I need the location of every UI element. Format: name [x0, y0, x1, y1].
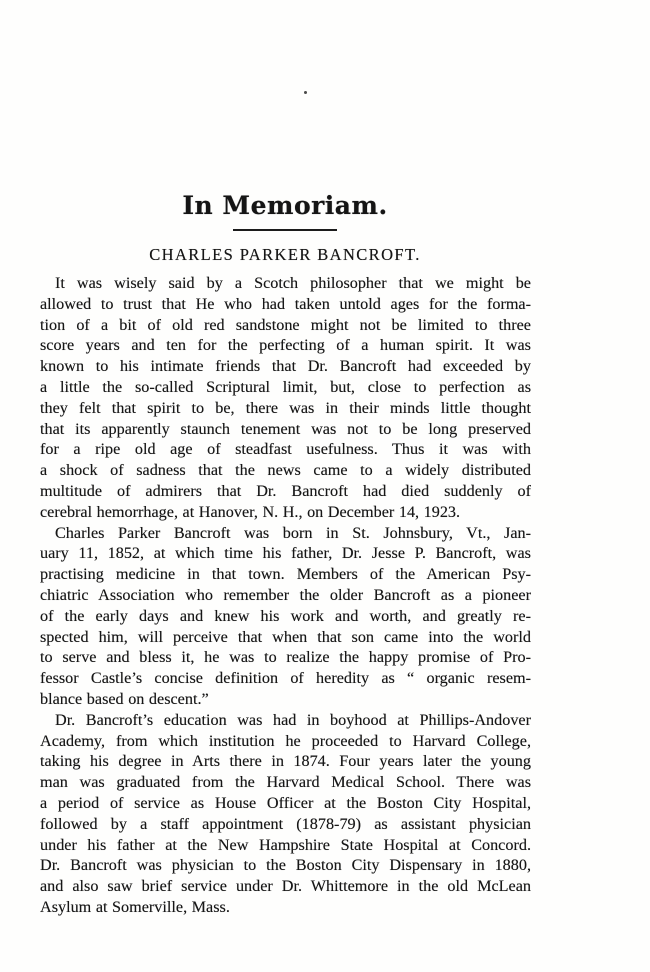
- text-line: It was wisely said by a Scotch philosoph…: [40, 273, 531, 294]
- text-line: allowed to trust that He who had taken u…: [40, 294, 531, 315]
- text-line: chiatric Association who remember the ol…: [40, 585, 531, 606]
- text-line: that its apparently staunch tenement was…: [40, 419, 531, 440]
- text-line: blance based on descent.”: [40, 689, 531, 710]
- text-line: Dr. Bancroft was physician to the Boston…: [40, 855, 531, 876]
- article-heading: CHARLES PARKER BANCROFT.: [40, 245, 530, 265]
- article-body: It was wisely said by a Scotch philosoph…: [40, 273, 531, 918]
- text-line: under his father at the New Hampshire St…: [40, 835, 531, 856]
- text-line: multitude of admirers that Dr. Bancroft …: [40, 481, 531, 502]
- masthead-title: In Memoriam.: [40, 191, 530, 220]
- text-line: fessor Castle’s concise definition of he…: [40, 668, 531, 689]
- divider-rule: [233, 229, 337, 231]
- text-line: uary 11, 1852, at which time his father,…: [40, 543, 531, 564]
- text-line: practising medicine in that town. Member…: [40, 564, 531, 585]
- text-line: man was graduated from the Harvard Medic…: [40, 772, 531, 793]
- text-line: a period of service as House Officer at …: [40, 793, 531, 814]
- scan-speck: [304, 91, 307, 94]
- text-line: Asylum at Somerville, Mass.: [40, 897, 531, 918]
- book-page: In Memoriam. CHARLES PARKER BANCROFT. It…: [0, 0, 650, 972]
- paragraph: Dr. Bancroft’s education was had in boyh…: [40, 710, 531, 918]
- text-line: a little the so-called Scriptural limit,…: [40, 377, 531, 398]
- text-line: of the early days and knew his work and …: [40, 606, 531, 627]
- text-line: to serve and bless it, he was to realize…: [40, 647, 531, 668]
- text-line: for a ripe old age of steadfast usefulne…: [40, 439, 531, 460]
- text-line: taking his degree in Arts there in 1874.…: [40, 751, 531, 772]
- paragraph: It was wisely said by a Scotch philosoph…: [40, 273, 531, 523]
- text-line: a shock of sadness that the news came to…: [40, 460, 531, 481]
- text-line: tion of a bit of old red sandstone might…: [40, 315, 531, 336]
- text-line: Academy, from which institution he proce…: [40, 731, 531, 752]
- paragraph: Charles Parker Bancroft was born in St. …: [40, 523, 531, 710]
- text-line: cerebral hemorrhage, at Hanover, N. H., …: [40, 502, 531, 523]
- text-line: score years and ten for the perfecting o…: [40, 335, 531, 356]
- text-line: Charles Parker Bancroft was born in St. …: [40, 523, 531, 544]
- text-line: they felt that spirit to be, there was i…: [40, 398, 531, 419]
- text-line: followed by a staff appointment (1878-79…: [40, 814, 531, 835]
- text-line: known to his intimate friends that Dr. B…: [40, 356, 531, 377]
- text-line: and also saw brief service under Dr. Whi…: [40, 876, 531, 897]
- text-line: spected him, will perceive that when tha…: [40, 627, 531, 648]
- text-line: Dr. Bancroft’s education was had in boyh…: [40, 710, 531, 731]
